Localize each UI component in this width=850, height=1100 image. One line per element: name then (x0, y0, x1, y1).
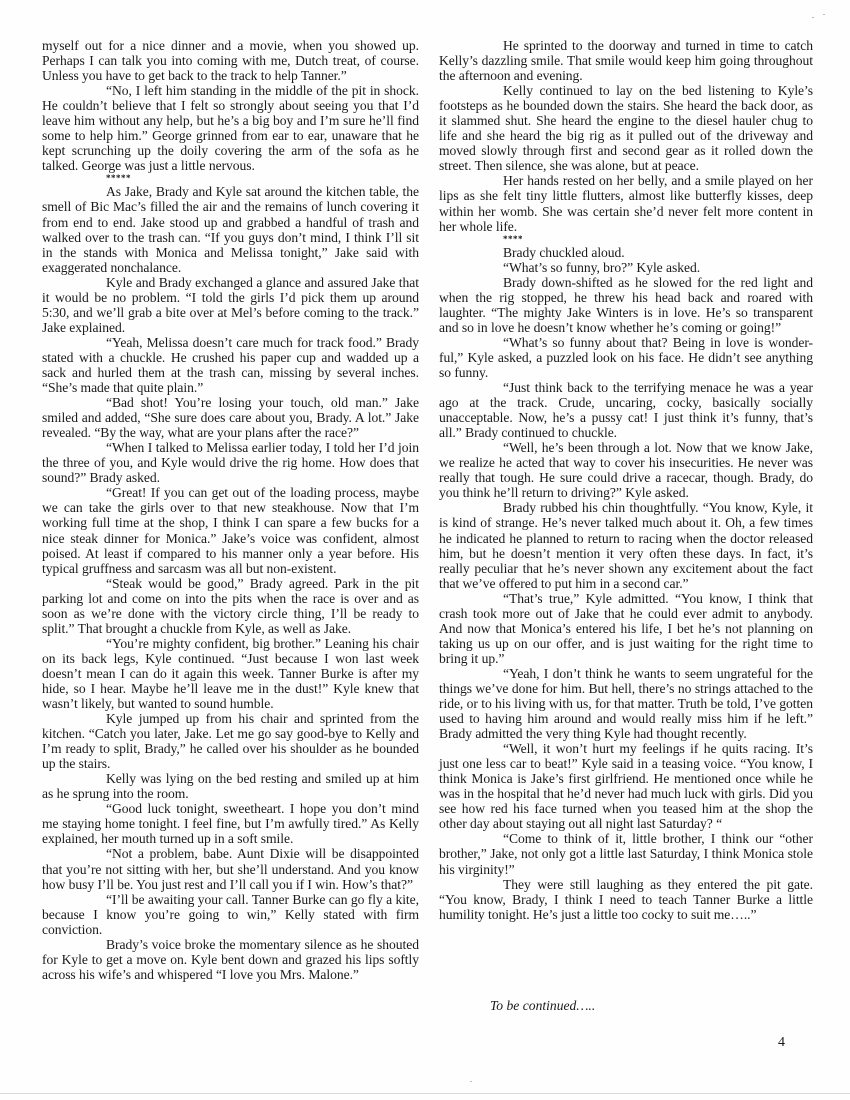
paragraph: Brady chuckled aloud. (439, 245, 813, 260)
scan-speck (470, 1081, 472, 1082)
paragraph: “What’s so funny, bro?” Kyle asked. (439, 260, 813, 275)
section-separator: ***** (42, 173, 419, 184)
paragraph: “Come to think of it, little brother, I … (439, 831, 813, 876)
scan-speck (812, 17, 814, 18)
paragraph: He sprinted to the doorway and turned in… (439, 38, 813, 83)
paragraph: “Well, he’s been through a lot. Now that… (439, 440, 813, 500)
paragraph: Kyle jumped up from his chair and sprint… (42, 711, 419, 771)
paragraph: Kyle and Brady exchanged a glance and as… (42, 275, 419, 335)
document-page: myself out for a nice dinner and a movie… (0, 0, 850, 1100)
paragraph: “Great! If you can get out of the loadin… (42, 485, 419, 575)
page-number: 4 (778, 1035, 785, 1051)
paragraph: Kelly continued to lay on the bed listen… (439, 83, 813, 173)
paragraph: “No, I left him standing in the middle o… (42, 83, 419, 173)
paragraph: Brady rubbed his chin thoughtfully. “You… (439, 500, 813, 590)
left-column: myself out for a nice dinner and a movie… (42, 38, 419, 982)
paragraph: “Yeah, Melissa doesn’t care much for tra… (42, 335, 419, 395)
paragraph: Her hands rested on her belly, and a smi… (439, 173, 813, 233)
paragraph: “Good luck tonight, sweetheart. I hope y… (42, 801, 419, 846)
paragraph: “Just think back to the terrifying menac… (439, 380, 813, 440)
paragraph: Brady down-shifted as he slowed for the … (439, 275, 813, 335)
paragraph: “What’s so funny about that? Being in lo… (439, 335, 813, 380)
right-column: He sprinted to the doorway and turned in… (439, 38, 813, 922)
paragraph: “Yeah, I don’t think he wants to seem un… (439, 666, 813, 741)
paragraph: “When I talked to Melissa earlier today,… (42, 440, 419, 485)
paragraph: “You’re mighty confident, big brother.” … (42, 636, 419, 711)
paragraph: “That’s true,” Kyle admitted. “You know,… (439, 591, 813, 666)
paragraph: “I’ll be awaiting your call. Tanner Burk… (42, 892, 419, 937)
scan-speck (823, 14, 825, 15)
paragraph: “Steak would be good,” Brady agreed. Par… (42, 576, 419, 636)
to-be-continued-note: To be continued….. (490, 998, 595, 1014)
paragraph: They were still laughing as they entered… (439, 877, 813, 922)
paragraph: “Not a problem, babe. Aunt Dixie will be… (42, 846, 419, 891)
section-separator: **** (439, 234, 813, 245)
paragraph: myself out for a nice dinner and a movie… (42, 38, 419, 83)
paragraph: Kelly was lying on the bed resting and s… (42, 771, 419, 801)
paragraph: “Well, it won’t hurt my feelings if he q… (439, 741, 813, 831)
paragraph: As Jake, Brady and Kyle sat around the k… (42, 184, 419, 274)
scan-edge-line (0, 1093, 850, 1094)
paragraph: “Bad shot! You’re losing your touch, old… (42, 395, 419, 440)
paragraph: Brady’s voice broke the momentary silenc… (42, 937, 419, 982)
